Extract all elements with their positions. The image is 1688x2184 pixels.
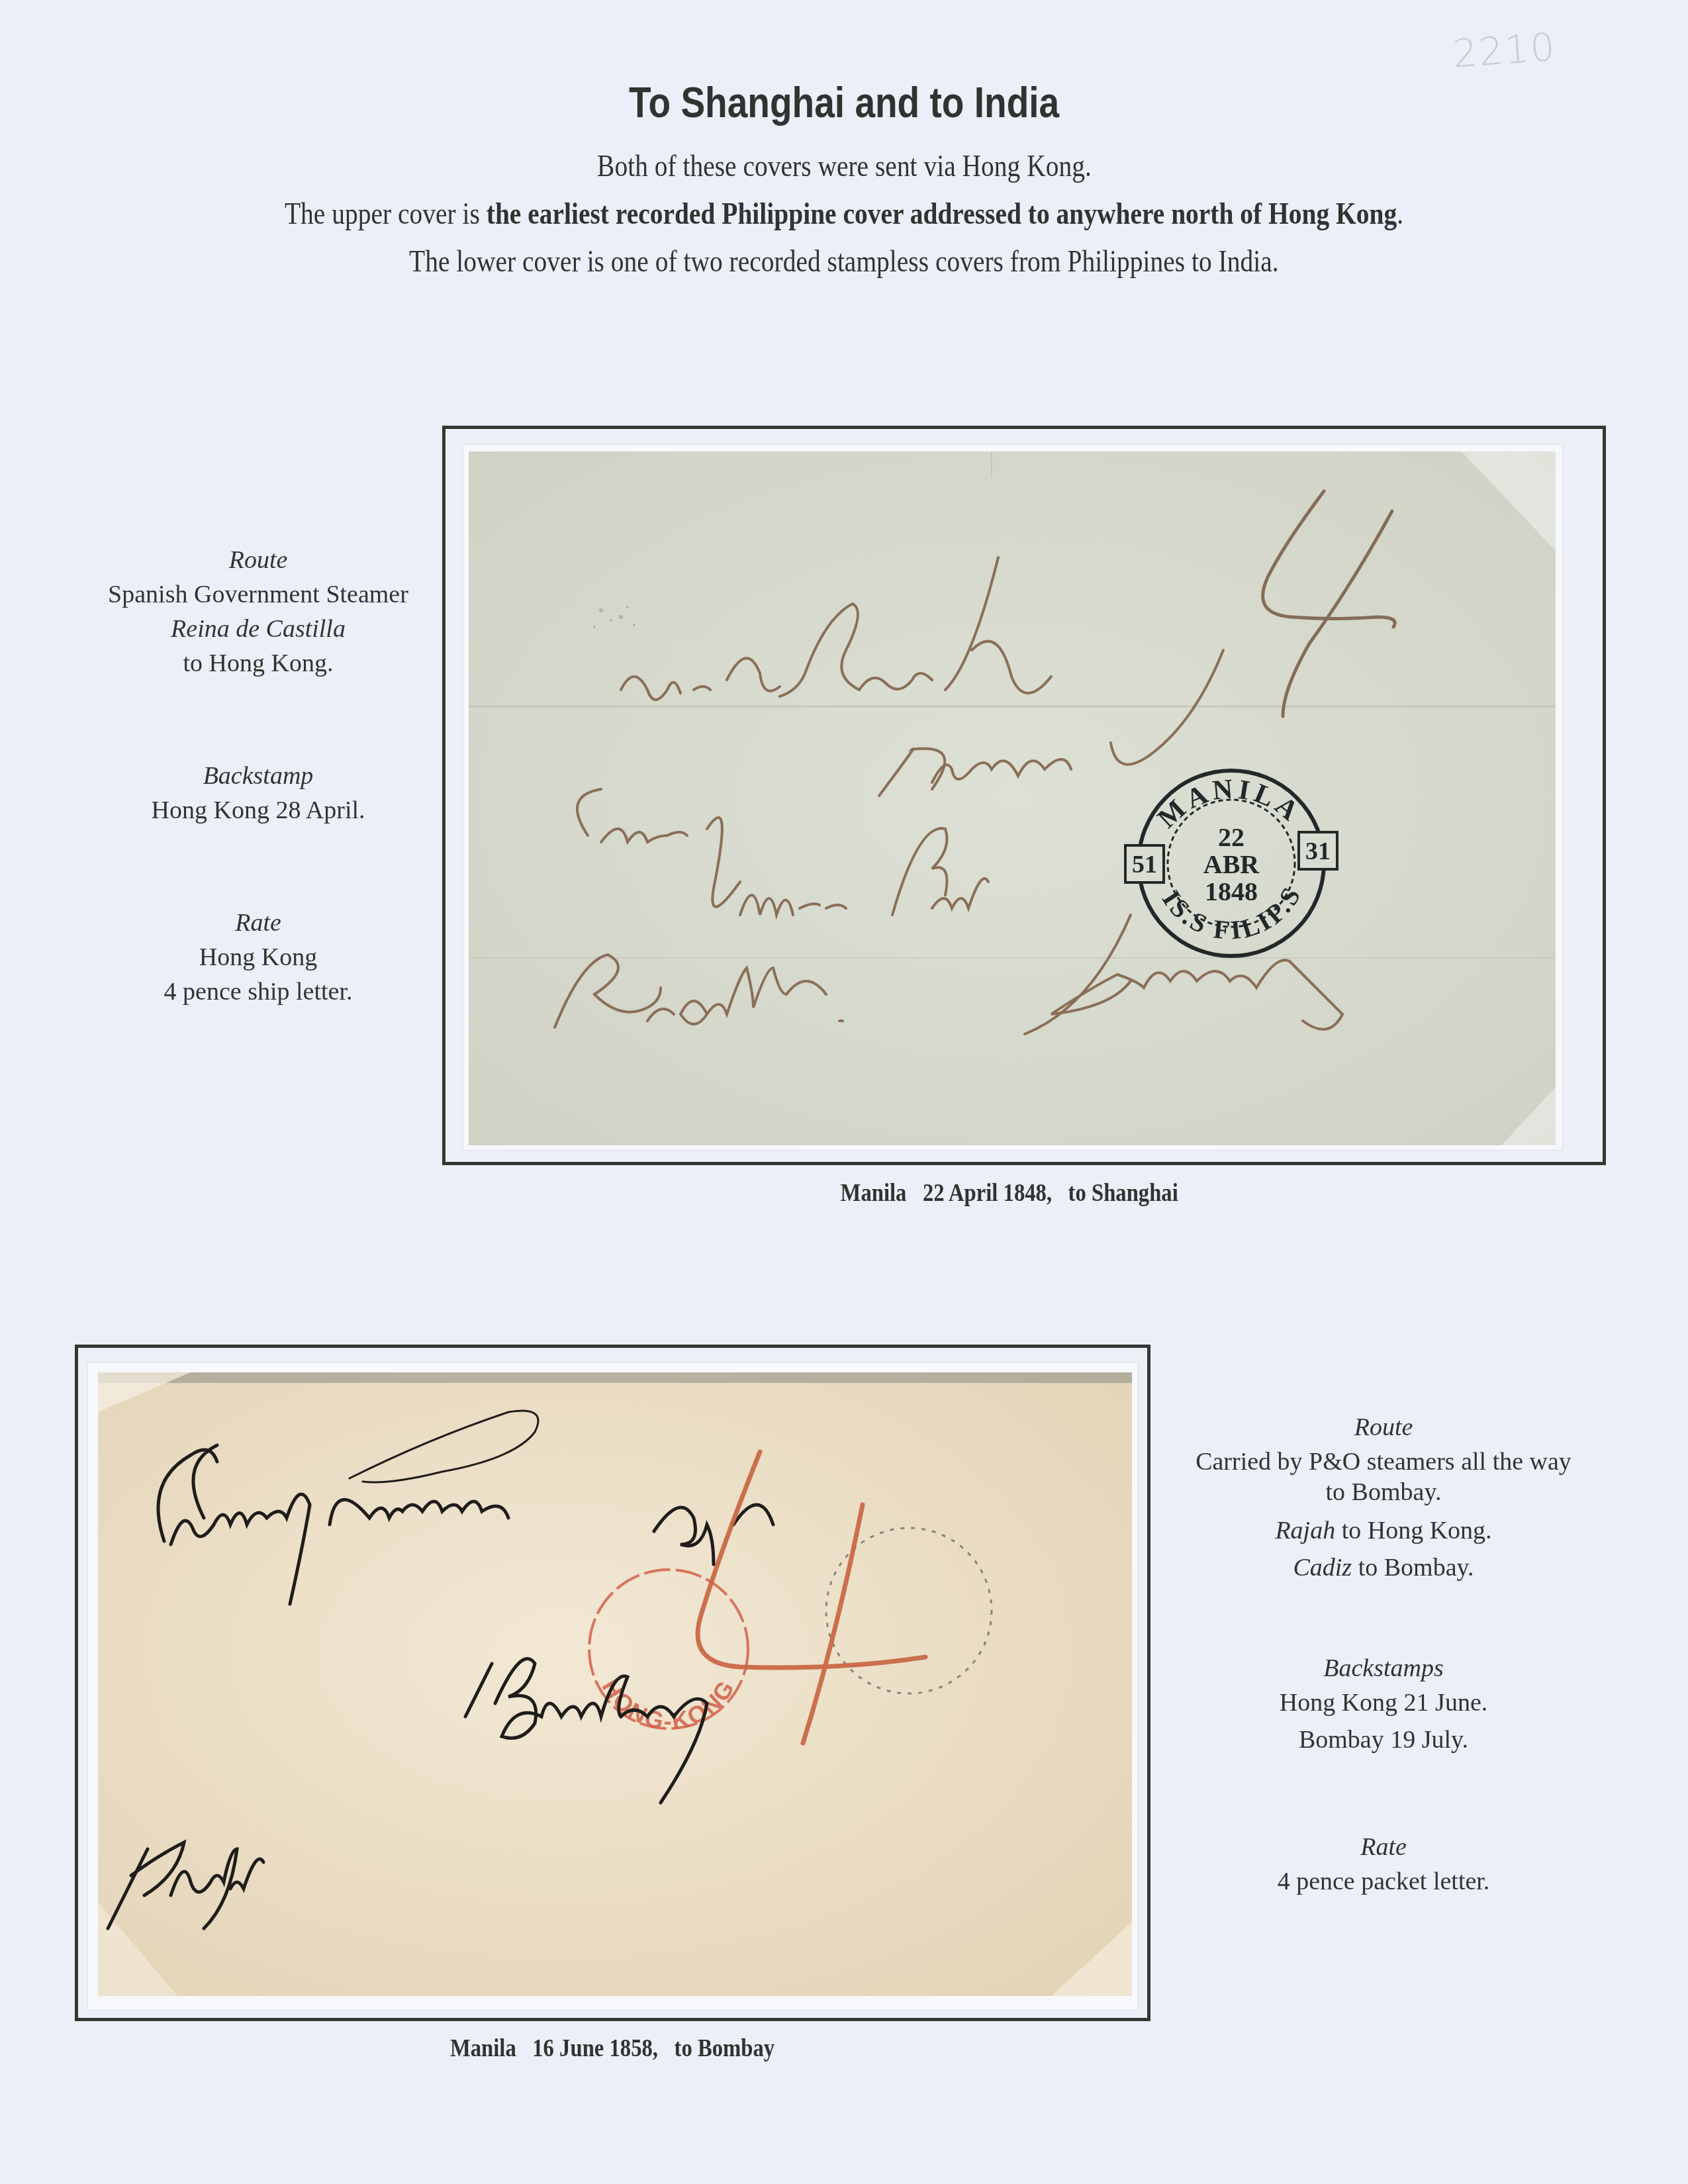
route-line: Spanish Government Steamer — [79, 577, 437, 612]
page-number: 2210 — [1452, 24, 1558, 77]
postmark-left-number: 51 — [1132, 851, 1157, 878]
backstamp-line: Hong Kong 28 April. — [79, 793, 437, 828]
rate-line: Hong Kong — [79, 940, 437, 974]
ship-name: Cadiz — [1293, 1554, 1352, 1582]
lower-cover-caption-text: Manila 16 June 1858, to Bombay — [450, 2034, 774, 2063]
route-line: to Bombay. — [1352, 1554, 1474, 1582]
page-title-text: To Shanghai and to India — [629, 78, 1059, 127]
postmark-year: 1848 — [1205, 877, 1258, 906]
backstamp-heading: Backstamp — [79, 759, 437, 793]
backstamp-line: Hong Kong 21 June. — [1145, 1685, 1622, 1720]
upper-cover-caption: Manila 22 April 1848, to Shanghai — [761, 1178, 1258, 1208]
postmark-month: ABR — [1203, 849, 1260, 879]
route-line: to Bombay. — [1145, 1475, 1622, 1509]
route-heading: Route — [1145, 1410, 1622, 1445]
postmark-right-number: 31 — [1305, 837, 1331, 865]
route-line: Carried by P&O steamers all the way — [1145, 1445, 1622, 1479]
route-heading: Route — [79, 543, 437, 577]
backstamp-line: Bombay 19 July. — [1145, 1723, 1622, 1757]
intro-line-2-emphasis: the earliest recorded Philippine cover a… — [487, 197, 1397, 231]
intro-line-3-text: The lower cover is one of two recorded s… — [409, 246, 1278, 277]
upper-cover-caption-text: Manila 22 April 1848, to Shanghai — [841, 1178, 1178, 1208]
rate-heading: Rate — [79, 906, 437, 940]
route-line: to Hong Kong. — [79, 646, 437, 681]
lower-cover-image[interactable]: HONG-KONG — [98, 1372, 1132, 1996]
ship-name: Rajah — [1275, 1517, 1335, 1544]
intro-line-2: The upper cover is the earliest recorded… — [0, 199, 1688, 230]
rate-heading: Rate — [1145, 1830, 1622, 1864]
lower-cover-artwork: HONG-KONG — [98, 1372, 1132, 1996]
postmark-day: 22 — [1218, 822, 1244, 852]
intro-line-1-text: Both of these covers were sent via Hong … — [597, 151, 1092, 182]
rate-line: 4 pence packet letter. — [1145, 1864, 1622, 1899]
lower-cover-notes: Route Carried by P&O steamers all the wa… — [1145, 1410, 1622, 1899]
upper-cover-artwork: 22 ABR 1848 51 31 MANILA IS.S FILIP.S — [469, 451, 1556, 1145]
route-line: to Hong Kong. — [1335, 1517, 1491, 1544]
backstamps-heading: Backstamps — [1145, 1651, 1622, 1685]
intro-line-2-prefix: The upper cover is — [285, 197, 487, 231]
upper-cover-image[interactable]: 22 ABR 1848 51 31 MANILA IS.S FILIP.S — [469, 451, 1556, 1145]
rate-line: 4 pence ship letter. — [79, 974, 437, 1009]
lower-cover-caption: Manila 16 June 1858, to Bombay — [364, 2034, 861, 2063]
ship-name: Reina de Castilla — [171, 615, 346, 643]
intro-line-3: The lower cover is one of two recorded s… — [0, 246, 1688, 277]
intro-line-2-suffix: . — [1397, 197, 1403, 231]
page-title: To Shanghai and to India — [0, 78, 1688, 127]
intro-line-1: Both of these covers were sent via Hong … — [0, 151, 1688, 182]
upper-cover-notes: Route Spanish Government Steamer Reina d… — [79, 543, 437, 1009]
